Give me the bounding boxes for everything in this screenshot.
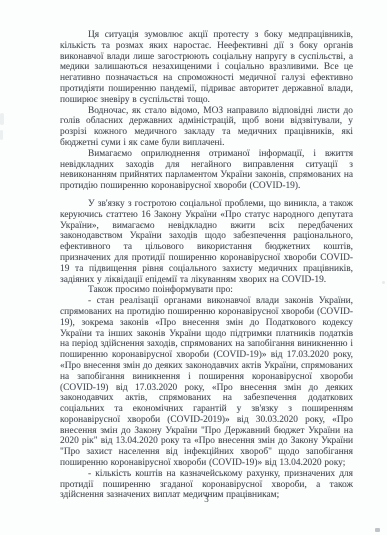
paragraph-moz-letters: Водночас, як стало відомо, МОЗ направило… [60, 106, 353, 149]
scan-artifact-left-edge-2 [0, 130, 3, 140]
letter-body: Ця ситуація зумовлює акції протесту з бо… [60, 30, 353, 501]
scan-artifact-bottom-right [375, 528, 380, 532]
list-item-laws-implementation: - стан реалізації органами виконавчої вл… [60, 296, 353, 469]
scanned-letter-page: Ця ситуація зумовлює акції протесту з бо… [0, 0, 387, 535]
paragraph-demand-publication: Вимагаємо оприлюднення отриманої інформа… [60, 149, 353, 192]
paragraph-protest-situation: Ця ситуація зумовлює акції протесту з бо… [60, 30, 353, 106]
paragraph-request-intro: Також просимо поінформувати про: [60, 285, 353, 296]
page-number: 3 [60, 494, 353, 504]
scan-artifact-left-edge-1 [0, 113, 4, 125]
scan-artifact-right-mid [382, 281, 385, 284]
paragraph-legal-demand: У зв'язку з гостротою соціальної проблем… [60, 199, 353, 285]
